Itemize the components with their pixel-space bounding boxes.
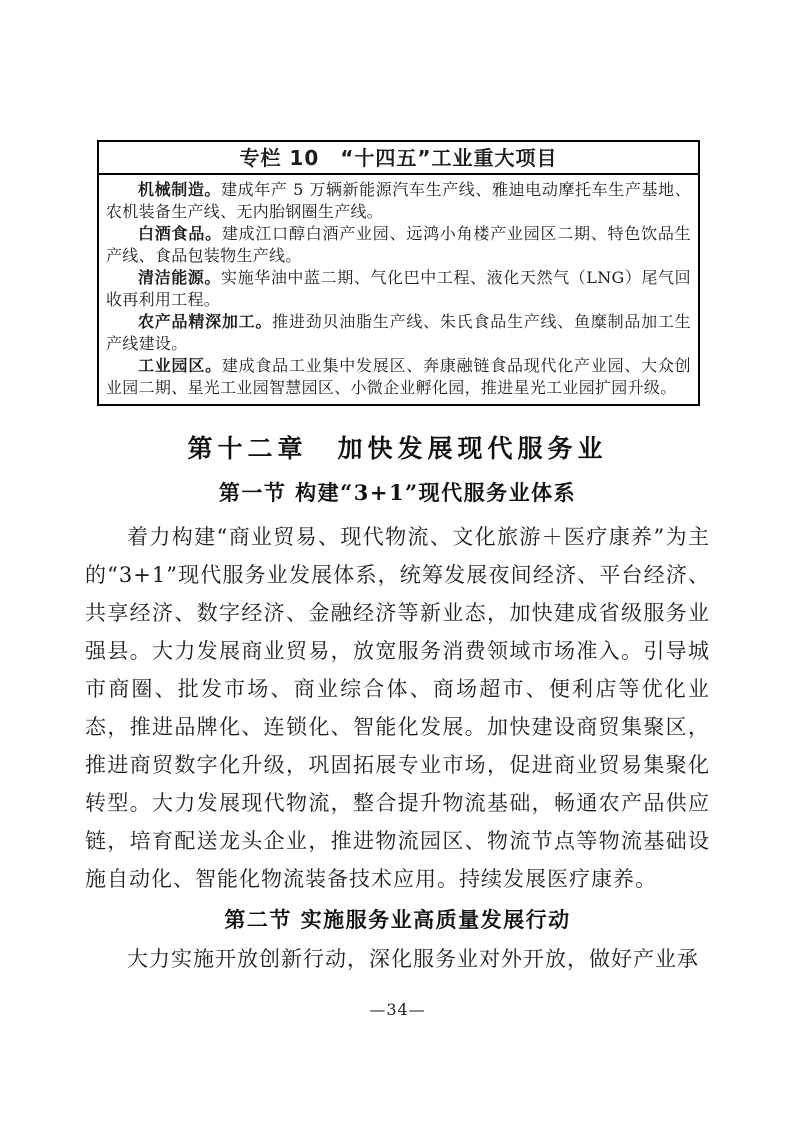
panel-item-industrial-park: 工业园区。建成食品工业集中发展区、奔康融链食品现代化产业园、大众创业园二期、星光…: [106, 355, 691, 399]
document-page: 专栏 10 “十四五”工业重大项目 机械制造。建成年产 5 万辆新能源汽车生产线…: [0, 0, 793, 1122]
page-number: —34—: [85, 1000, 710, 1019]
panel-item-lead: 白酒食品。: [138, 224, 222, 243]
panel-item-lead: 机械制造。: [138, 180, 221, 199]
panel-item-lead: 农产品精深加工。: [138, 312, 272, 331]
section-1-paragraph: 着力构建“商业贸易、现代物流、文化旅游＋医疗康养”为主的“3+1”现代服务业发展…: [85, 518, 710, 898]
section-2-paragraph: 大力实施开放创新行动，深化服务业对外开放，做好产业承: [85, 940, 710, 978]
panel-item-lead: 清洁能源。: [138, 268, 221, 287]
section-1-heading: 第一节 构建“3+1”现代服务业体系: [85, 480, 710, 506]
panel-title: 专栏 10 “十四五”工业重大项目: [99, 142, 698, 175]
section-2-heading: 第二节 实施服务业高质量发展行动: [85, 907, 710, 933]
panel-item-machinery: 机械制造。建成年产 5 万辆新能源汽车生产线、雅迪电动摩托车生产基地、农机装备生…: [106, 179, 691, 223]
panel-item-clean-energy: 清洁能源。实施华油中蓝二期、气化巴中工程、液化天然气（LNG）尾气回收再利用工程…: [106, 267, 691, 311]
panel-item-liquor-food: 白酒食品。建成江口醇白酒产业园、远鸿小角楼产业园区二期、特色饮品生产线、食品包装…: [106, 223, 691, 267]
special-column-panel: 专栏 10 “十四五”工业重大项目 机械制造。建成年产 5 万辆新能源汽车生产线…: [97, 140, 700, 406]
panel-item-agri-processing: 农产品精深加工。推进劲贝油脂生产线、朱氏食品生产线、鱼糜制品加工生产线建设。: [106, 311, 691, 355]
panel-body: 机械制造。建成年产 5 万辆新能源汽车生产线、雅迪电动摩托车生产基地、农机装备生…: [99, 175, 698, 404]
panel-item-lead: 工业园区。: [138, 356, 222, 375]
chapter-title: 第十二章 加快发展现代服务业: [85, 434, 710, 464]
